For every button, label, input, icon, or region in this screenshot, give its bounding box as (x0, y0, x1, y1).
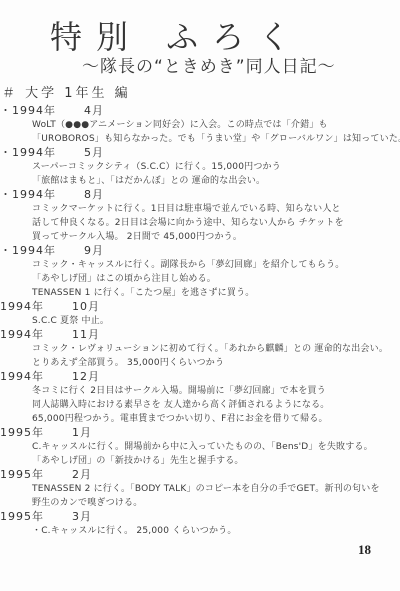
entry-date: ・1994年8月 (0, 188, 400, 202)
entry-month: 11月 (72, 328, 100, 342)
entry-month: 5月 (84, 146, 104, 160)
diary-entry: 1995年1月 C.キャッスルに行く。開場前から中に入っていたものの、「Bens… (0, 426, 400, 468)
entry-date: 1994年12月 (0, 370, 400, 384)
diary-entry: ・1994年8月 コミックマーケットに行く。1日目は駐車場で並んでいる時、知らな… (0, 188, 400, 244)
entry-month: 10月 (72, 300, 100, 314)
entry-line: TENASSEN 2 に行く。「BODY TALK」のコピー本を自分の手でGET… (0, 482, 400, 496)
entry-month: 1月 (72, 426, 92, 440)
entry-year: ・1994年 (0, 146, 56, 160)
entry-line: ・C.キャッスルに行く。 25,000 くらいつかう。 (0, 524, 400, 538)
diary-entry: 1994年11月 コミック・レヴォリューションに初めて行く。「あれから麒麟」との… (0, 328, 400, 370)
entry-line: 同人誌購入時における素早さを 友人達から高く評価されるようになる。 (0, 398, 400, 412)
entry-month: 8月 (84, 188, 104, 202)
entry-line: 冬コミに行く 2日目はサークル入場。開場前に「夢幻回廊」で本を買う (0, 384, 400, 398)
entry-line: 買ってサークル入場。 2日間で 45,000円つかう。 (0, 230, 400, 244)
entry-year: ・1994年 (0, 244, 56, 258)
entry-year: 1994年 (0, 370, 44, 384)
entry-year: 1995年 (0, 468, 44, 482)
entry-date: 1994年10月 (0, 300, 400, 314)
entry-date: ・1994年4月 (0, 104, 400, 118)
entry-date: ・1994年9月 (0, 244, 400, 258)
diary-entry: ・1994年5月 スーパーコミックシティ（S.C.C）に行く。15,000円つか… (0, 146, 400, 188)
entry-line: TENASSEN 1 に行く。「こたつ屋」を逃さずに買う。 (0, 286, 400, 300)
entry-line: コミック・レヴォリューションに初めて行く。「あれから麒麟」との 運命的な出会い。 (0, 342, 400, 356)
entry-line: 「あやしげ団」はこの頃から注目し始める。 (0, 272, 400, 286)
entry-line: 「あやしげ団」の「新技かける」先生と握手する。 (0, 454, 400, 468)
entry-line: S.C.C 夏祭 中止。 (0, 314, 400, 328)
entry-line: 話して仲良くなる。2日目は会場に向かう途中、知らない人から チケットを (0, 216, 400, 230)
diary-entry: 1995年3月 ・C.キャッスルに行く。 25,000 くらいつかう。 (0, 510, 400, 538)
entry-line: コミックマーケットに行く。1日目は駐車場で並んでいる時、知らない人と (0, 202, 400, 216)
entry-line: スーパーコミックシティ（S.C.C）に行く。15,000円つかう (0, 160, 400, 174)
entry-year: 1995年 (0, 426, 44, 440)
section-heading: ＃ 大学 1年生 編 (2, 82, 131, 101)
entry-month: 12月 (72, 370, 100, 384)
diary-page: 特別 ふろく 〜隊長の“ときめき”同人日記〜 ＃ 大学 1年生 編 ・1994年… (0, 0, 400, 591)
entry-date: 1994年11月 (0, 328, 400, 342)
diary-entries: ・1994年4月 WoLT（●●●アニメーション同好会）に入会。この時点では「介… (0, 104, 400, 538)
entry-year: ・1994年 (0, 104, 56, 118)
entry-month: 2月 (72, 468, 92, 482)
entry-line: C.キャッスルに行く。開場前から中に入っていたものの、「Bens'D」を失敗する… (0, 440, 400, 454)
diary-entry: 1994年10月 S.C.C 夏祭 中止。 (0, 300, 400, 328)
entry-month: 3月 (72, 510, 92, 524)
entry-year: 1994年 (0, 300, 44, 314)
diary-entry: ・1994年4月 WoLT（●●●アニメーション同好会）に入会。この時点では「介… (0, 104, 400, 146)
entry-year: 1995年 (0, 510, 44, 524)
entry-date: 1995年2月 (0, 468, 400, 482)
entry-date: ・1994年5月 (0, 146, 400, 160)
entry-month: 4月 (84, 104, 104, 118)
entry-line: 「UROBOROS」も知らなかった。でも「うまい堂」や「グローバルワン」は知って… (0, 132, 400, 146)
entry-year: 1994年 (0, 328, 44, 342)
entry-year: ・1994年 (0, 188, 56, 202)
entry-date: 1995年3月 (0, 510, 400, 524)
diary-entry: ・1994年9月 コミック・キャッスルに行く。副隊長から「夢幻回廊」を紹介しても… (0, 244, 400, 300)
entry-line: 野生のカンで嗅ぎつける。 (0, 496, 400, 510)
entry-line: 65,000円程つかう。電車賃までつかい切り、F君にお金を借りて帰る。 (0, 412, 400, 426)
diary-entry: 1995年2月 TENASSEN 2 に行く。「BODY TALK」のコピー本を… (0, 468, 400, 510)
entry-line: とりあえず全部買う。 35,000円くらいつかう (0, 356, 400, 370)
entry-line: コミック・キャッスルに行く。副隊長から「夢幻回廊」を紹介してもらう。 (0, 258, 400, 272)
page-number: 18 (358, 542, 371, 558)
entry-date: 1995年1月 (0, 426, 400, 440)
entry-month: 9月 (84, 244, 104, 258)
entry-line: WoLT（●●●アニメーション同好会）に入会。この時点では「介錯」も (0, 118, 400, 132)
page-subtitle: 〜隊長の“ときめき”同人日記〜 (82, 52, 336, 77)
entry-line: 「旅館はまもと」、「はだかんぼ」との 運命的な出会い。 (0, 174, 400, 188)
diary-entry: 1994年12月 冬コミに行く 2日目はサークル入場。開場前に「夢幻回廊」で本を… (0, 370, 400, 426)
